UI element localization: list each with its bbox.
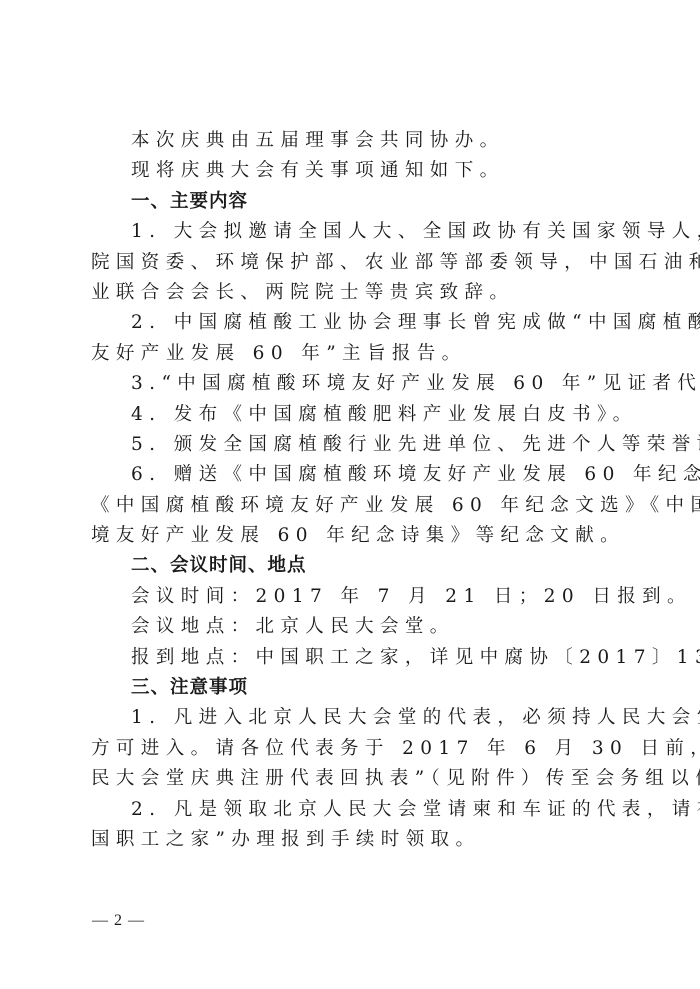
paragraph-line: 5. 颁发全国腐植酸行业先进单位、先进个人等荣誉证书。 [91, 430, 615, 460]
registration-location-line: 报到地点：中国职工之家，详见中腐协〔2017〕13 号文件。 [91, 643, 615, 673]
paragraph-line: 境友好产业发展 60 年纪念诗集》等纪念文献。 [91, 521, 615, 551]
paragraph-line: 现将庆典大会有关事项通知如下。 [91, 156, 615, 186]
paragraph-line: 6. 赠送《中国腐植酸环境友好产业发展 60 年纪念宝典》 [91, 460, 615, 490]
paragraph-line: 1. 凡进入北京人民大会堂的代表，必须持人民大会堂的请柬 [91, 703, 615, 733]
paragraph-line: 民大会堂庆典注册代表回执表”（见附件）传至会务组以便核准。 [91, 764, 615, 794]
paragraph-line: 院国资委、环境保护部、农业部等部委领导，中国石油和化学工 [91, 248, 615, 278]
meeting-time-line: 会议时间：2017 年 7 月 21 日；20 日报到。 [91, 582, 615, 612]
meeting-location-line: 会议地点：北京人民大会堂。 [91, 612, 615, 642]
paragraph-line: 本次庆典由五届理事会共同协办。 [91, 126, 615, 156]
section-heading-time-location: 二、会议时间、地点 [91, 551, 615, 581]
paragraph-line: 方可进入。请各位代表务于 2017 年 6 月 30 日前，将“出席北京人 [91, 734, 615, 764]
paragraph-line: 1. 大会拟邀请全国人大、全国政协有关国家领导人，国务 [91, 217, 615, 247]
paragraph-line: 2. 凡是领取北京人民大会堂请柬和车证的代表，请在“中 [91, 795, 615, 825]
paragraph-line: 国职工之家”办理报到手续时领取。 [91, 825, 615, 855]
paragraph-line: 4. 发布《中国腐植酸肥料产业发展白皮书》。 [91, 400, 615, 430]
section-heading-main-content: 一、主要内容 [91, 187, 615, 217]
section-heading-notes: 三、注意事项 [91, 673, 615, 703]
paragraph-line: 2. 中国腐植酸工业协会理事长曾宪成做“中国腐植酸环境 [91, 308, 615, 338]
document-page: 本次庆典由五届理事会共同协办。 现将庆典大会有关事项通知如下。 一、主要内容 1… [0, 0, 700, 989]
paragraph-line: 《中国腐植酸环境友好产业发展 60 年纪念文选》《中国腐植酸环 [91, 491, 615, 521]
paragraph-line: 业联合会会长、两院院士等贵宾致辞。 [91, 278, 615, 308]
document-body: 本次庆典由五届理事会共同协办。 现将庆典大会有关事项通知如下。 一、主要内容 1… [91, 126, 615, 855]
paragraph-line: 友好产业发展 60 年”主旨报告。 [91, 339, 615, 369]
page-number: — 2 — [92, 912, 145, 930]
paragraph-line: 3.“中国腐植酸环境友好产业发展 60 年”见证者代表发言。 [91, 369, 615, 399]
